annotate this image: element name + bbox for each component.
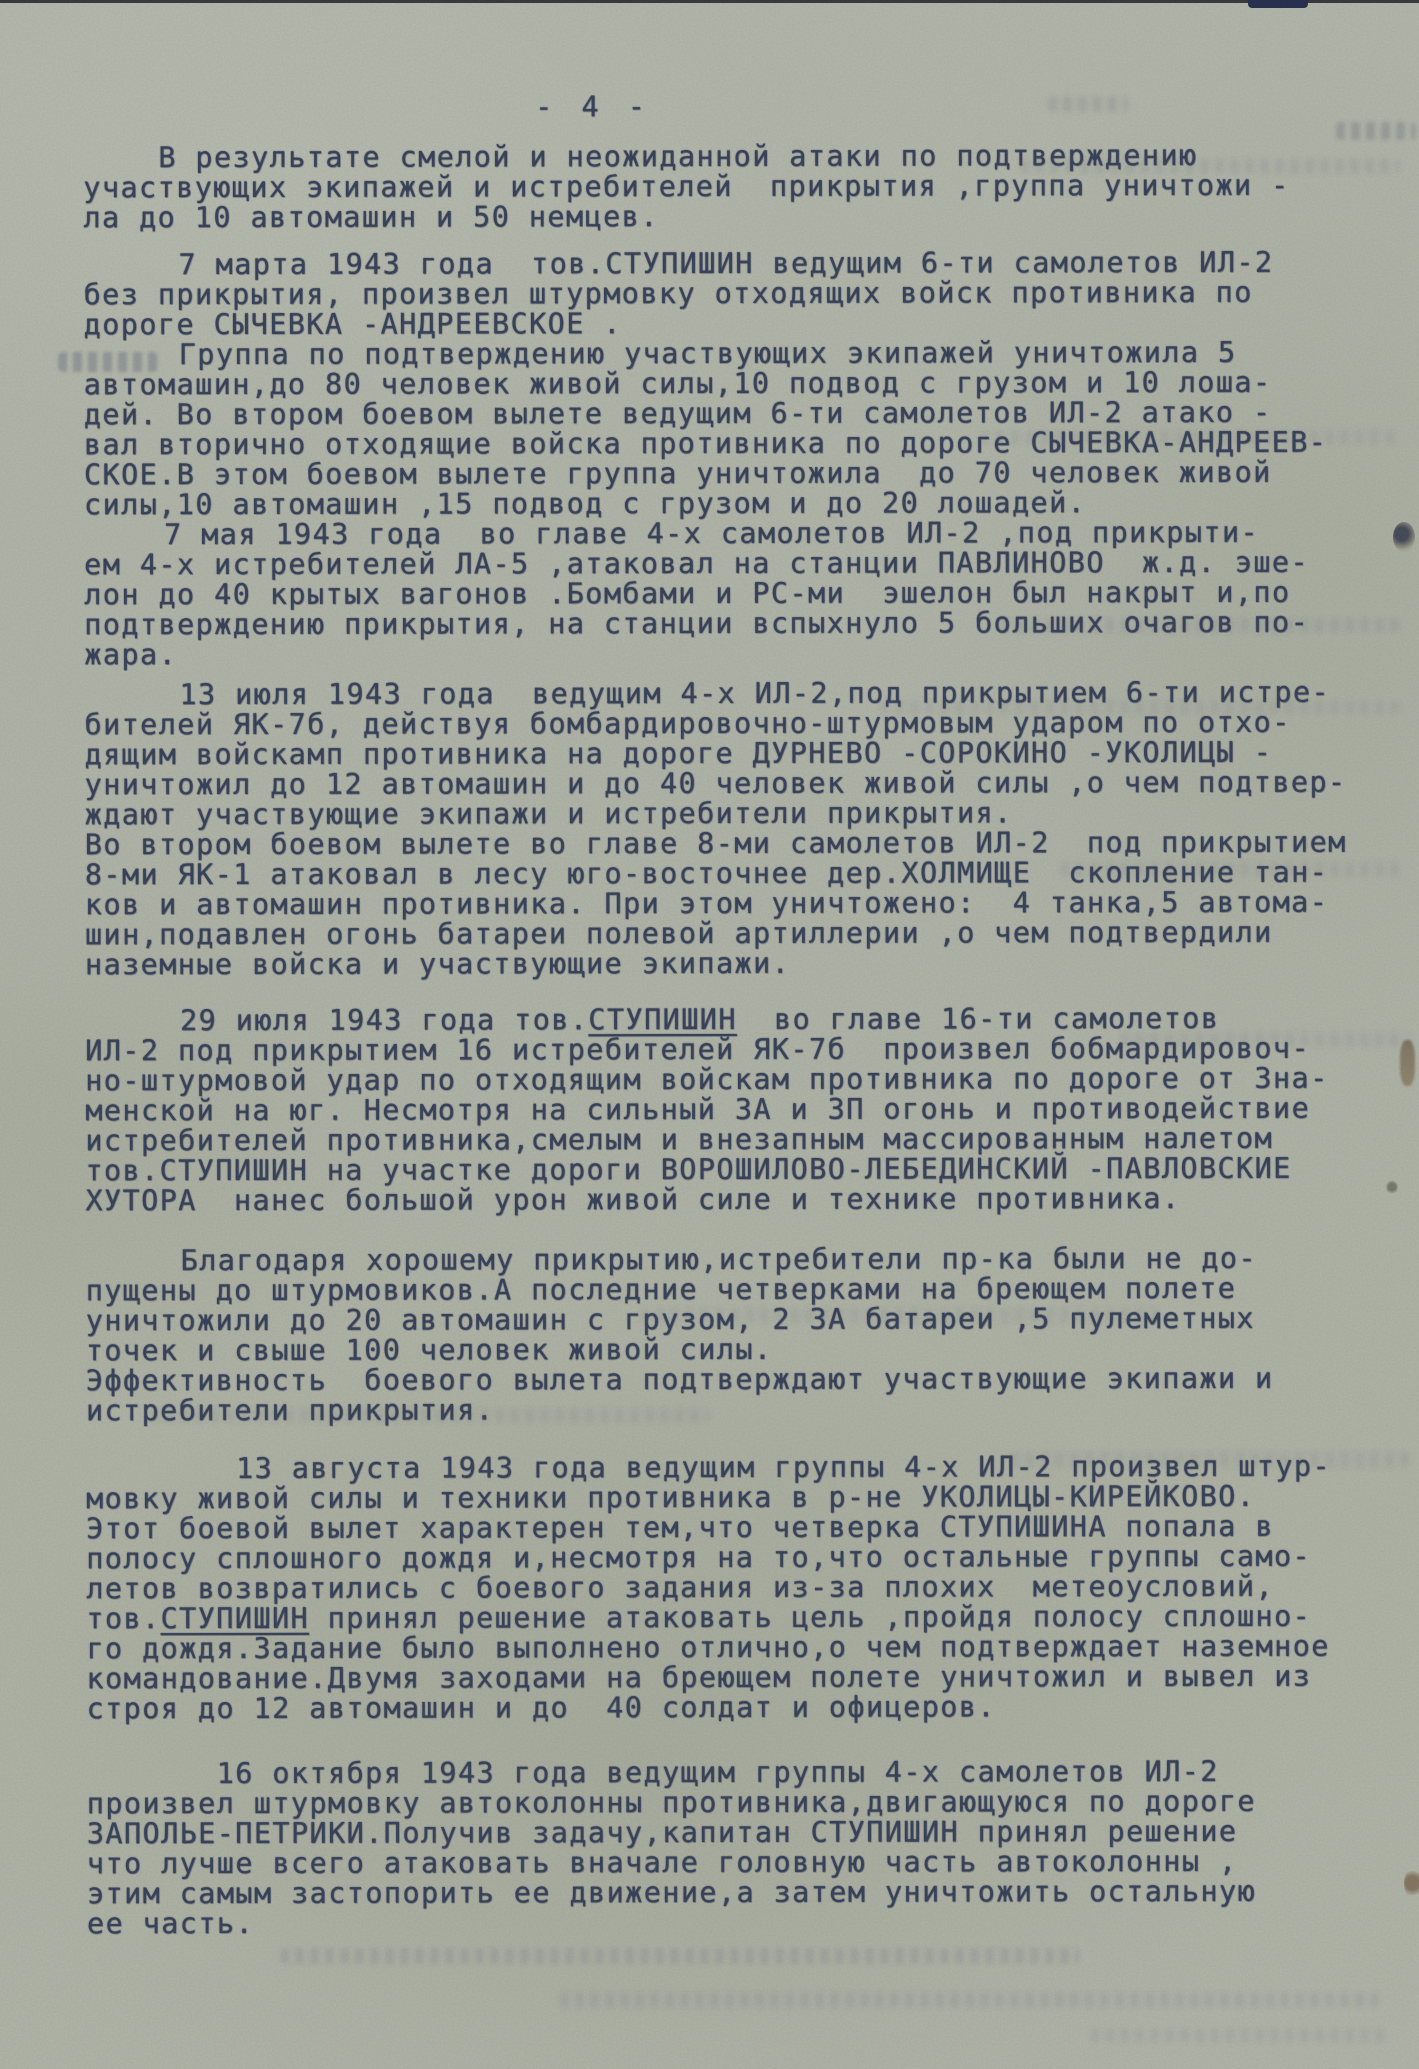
paragraph-29-july-1943: 29 июля 1943 года тов.СТУПИШИН во главе … [85,1004,1405,1217]
underlined-surname: СТУПИШИН [588,1003,737,1036]
underlined-surname: СТУПИШИН [161,1602,310,1635]
bleedthrough-mark [1090,2028,1390,2043]
paragraph-16-october-1943: 16 октября 1943 года ведущим группы 4-х … [87,1757,1407,1940]
bleedthrough-mark [560,1992,1380,2008]
paragraph-cover-effectiveness: Благодаря хорошему прикрытию,истребители… [86,1244,1406,1427]
paragraph-text: во главе 16-ти самолетов ИЛ-2 под прикры… [85,1002,1329,1217]
bleedthrough-mark [280,1948,1080,1964]
paragraph-7-march-1943: 7 марта 1943 года тов.СТУПИШИН ведущим 6… [83,248,1403,341]
paragraph-group-results: Группа по подтверждению участвующих экип… [84,338,1404,521]
page-number: - 4 - [535,91,1403,123]
paragraph-7-may-1943: 7 мая 1943 года во главе 4-х самолетов И… [84,518,1404,671]
paragraph-13-july-1943: 13 июля 1943 года ведущим 4-х ИЛ-2,под п… [84,678,1405,981]
paragraph-text: 29 июля 1943 года тов. [180,1003,588,1037]
scanned-document-page: - 4 - В результате смелой и неожиданной … [0,0,1419,2069]
typed-text-block: - 4 - В результате смелой и неожиданной … [0,0,1417,1939]
paragraph-result-summary: В результате смелой и неожиданной атаки … [83,141,1403,234]
paragraph-13-august-1943: 13 августа 1943 года ведущим группы 4-х … [86,1452,1407,1725]
